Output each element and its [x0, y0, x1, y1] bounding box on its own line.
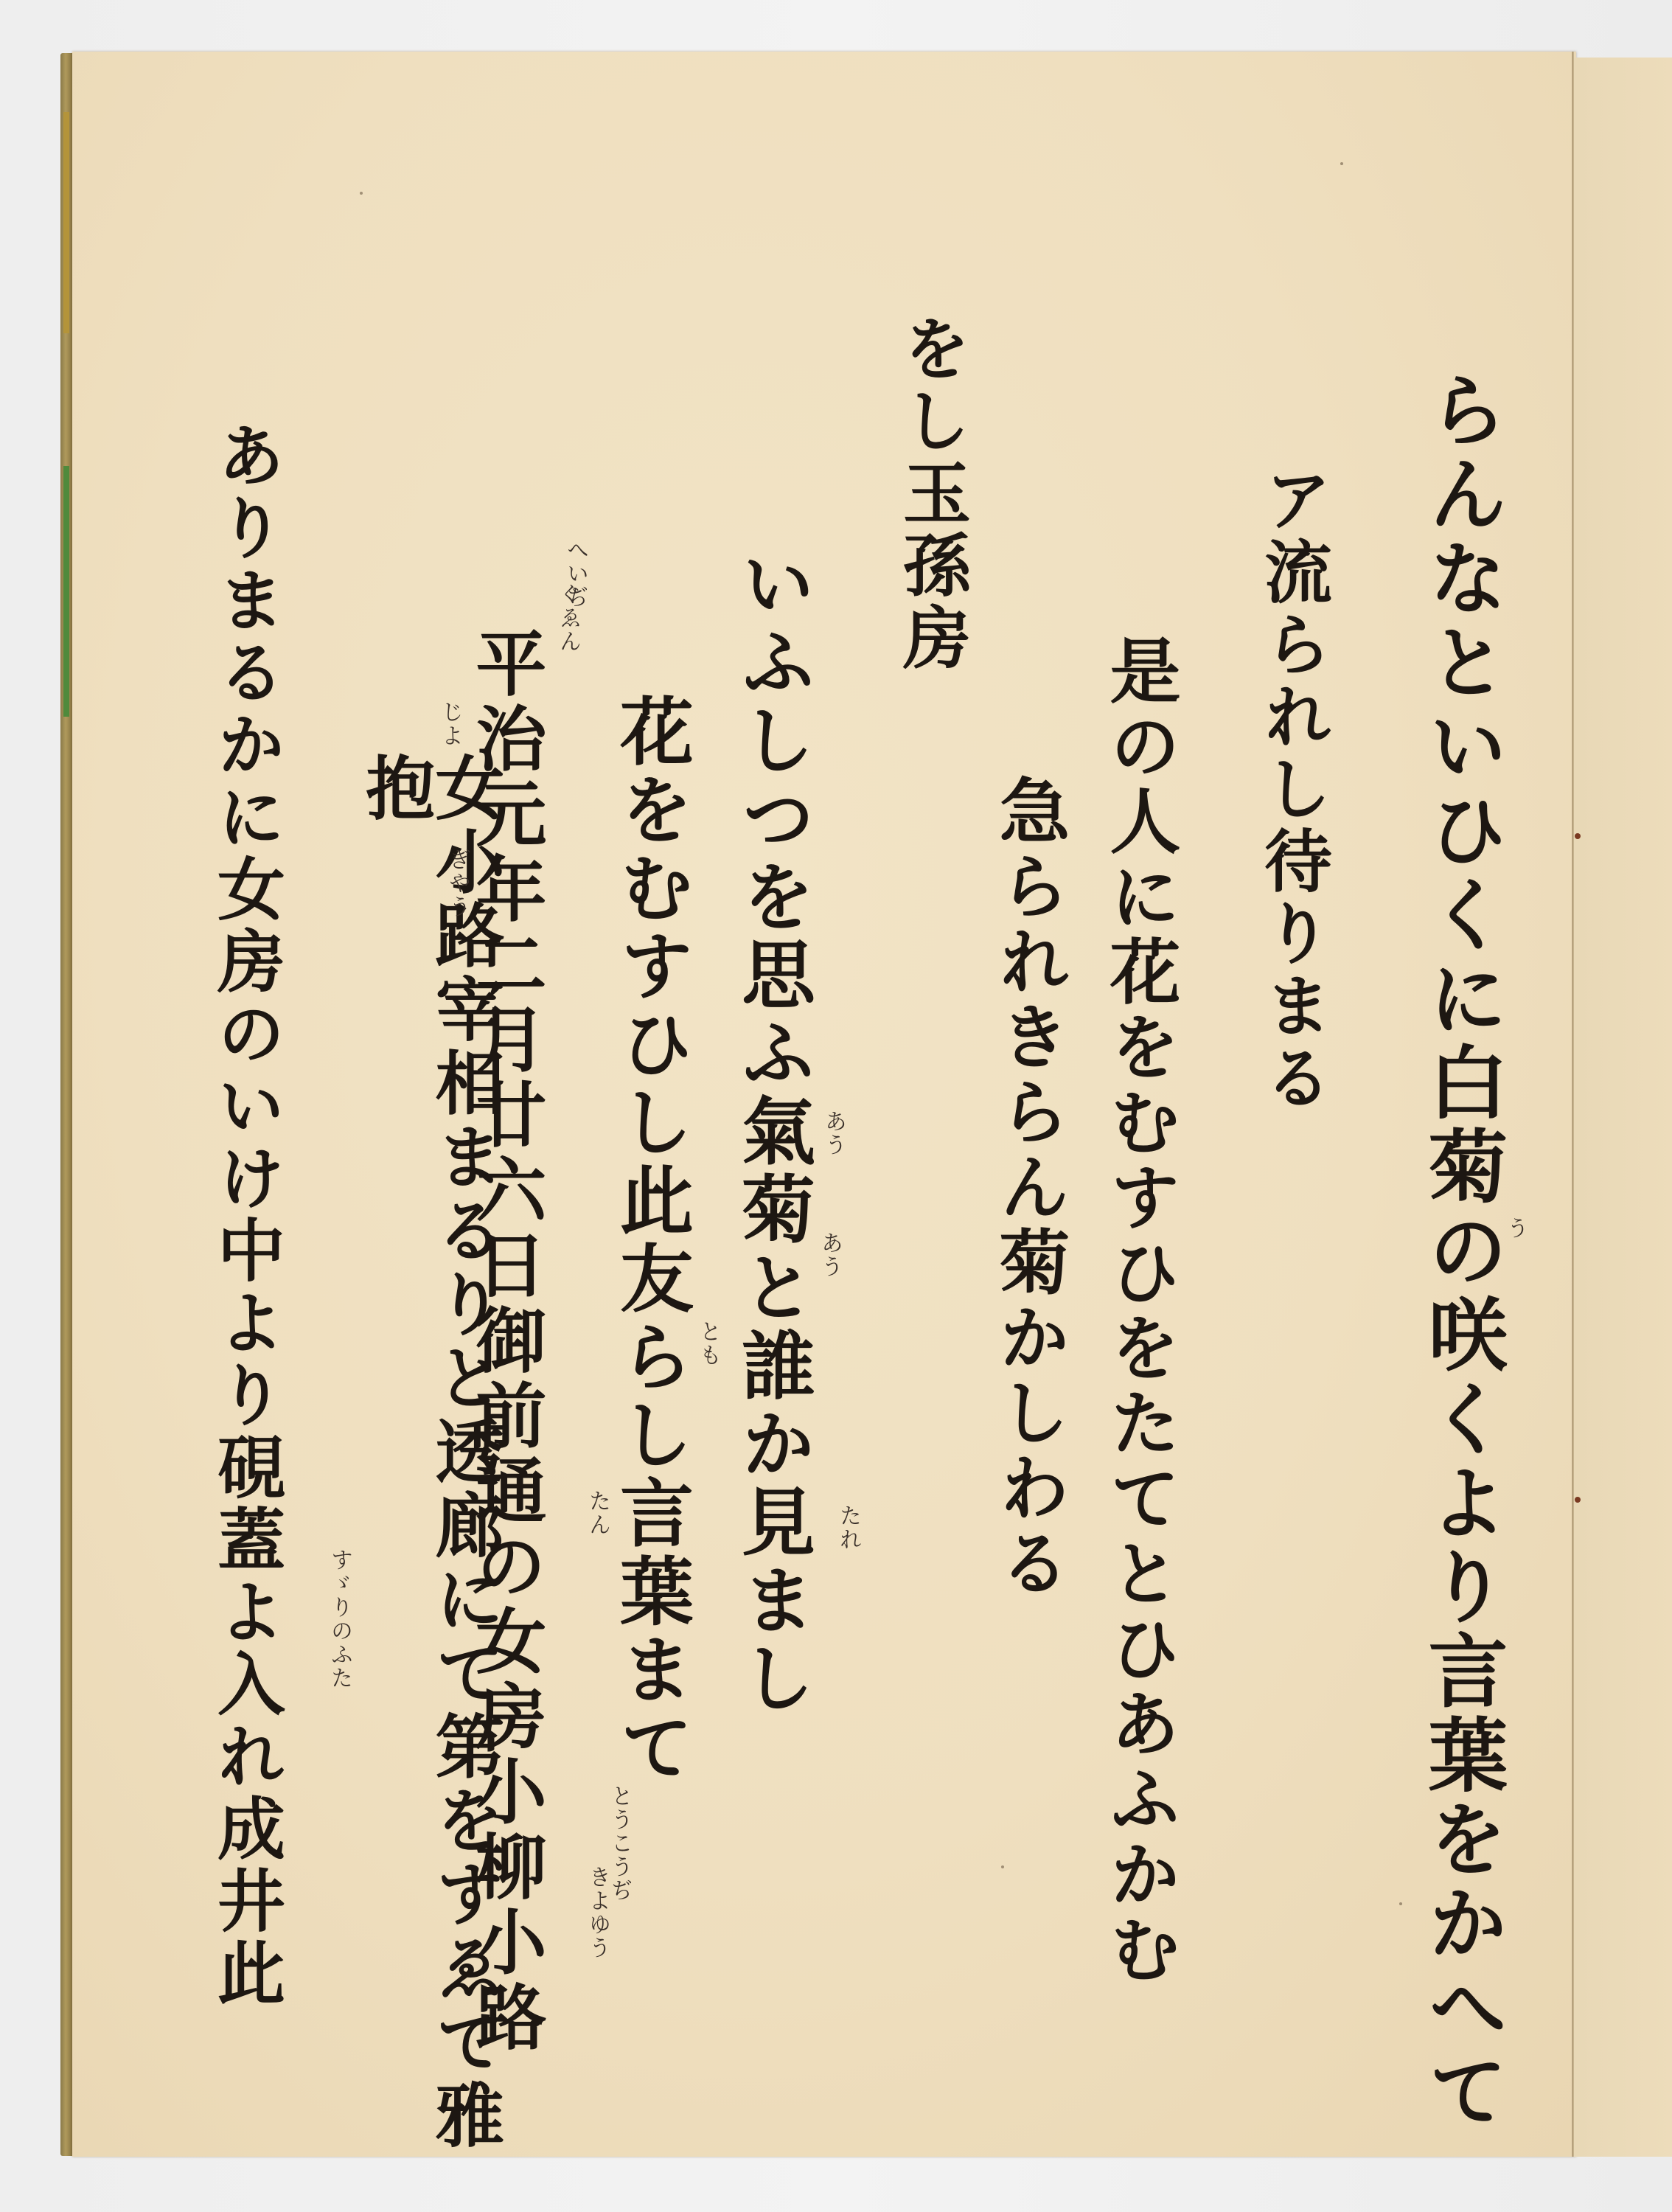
binding-stitch-hole [1575, 833, 1581, 839]
paper-speck [1340, 162, 1343, 165]
paper-speck [1399, 1902, 1402, 1905]
paper-speck [1001, 1865, 1004, 1868]
furigana: あう [813, 1231, 846, 1279]
furigana: あう [817, 1110, 849, 1157]
text-column-5: をし玉孫房 [898, 313, 966, 675]
paper-speck [360, 192, 363, 195]
text-column-10: ありまるかに女房のいけ中より硯蓋よ入れ成井此 [212, 420, 280, 2010]
furigana: たれ [832, 1504, 864, 1551]
furigana: ぐゑん [551, 582, 584, 653]
spine-gold-band [63, 112, 69, 333]
manuscript-page: らんなといひくに白菊の咲くより言葉をかへて ア流られし待りまる 是の人に花をむす… [72, 52, 1576, 2157]
text-column-4: 急られきらん菊かしわる [994, 774, 1065, 1601]
furigana: う [1499, 1217, 1531, 1240]
furigana: じよ [433, 700, 466, 748]
text-column-1: らんなといひくに白菊の咲くより言葉をかへて [1421, 369, 1501, 2134]
spine-green-band [63, 466, 69, 717]
furigana: きよゆう [581, 1865, 613, 1960]
furigana: たん [581, 1489, 613, 1537]
facing-page-edge [1574, 58, 1672, 2157]
text-column-6: いふしつを思ふ氣菊と誰か見まし [736, 546, 809, 1718]
binding-stitch-hole [1575, 1497, 1581, 1503]
furigana: とも [692, 1320, 724, 1367]
furigana: すゞりのふた [323, 1548, 355, 1690]
text-column-2: ア流られし待りまる [1259, 465, 1327, 1115]
furigana: ぎやう [441, 848, 473, 919]
text-column-9: 女小路宰相まるりと透廊にて第をすゑて雅抱 [360, 752, 498, 2157]
text-column-3: 是の人に花をむすひをたてとひあふかむ [1104, 634, 1175, 1988]
text-column-7: 花をむすひし此友らし言葉まて [614, 693, 688, 1787]
